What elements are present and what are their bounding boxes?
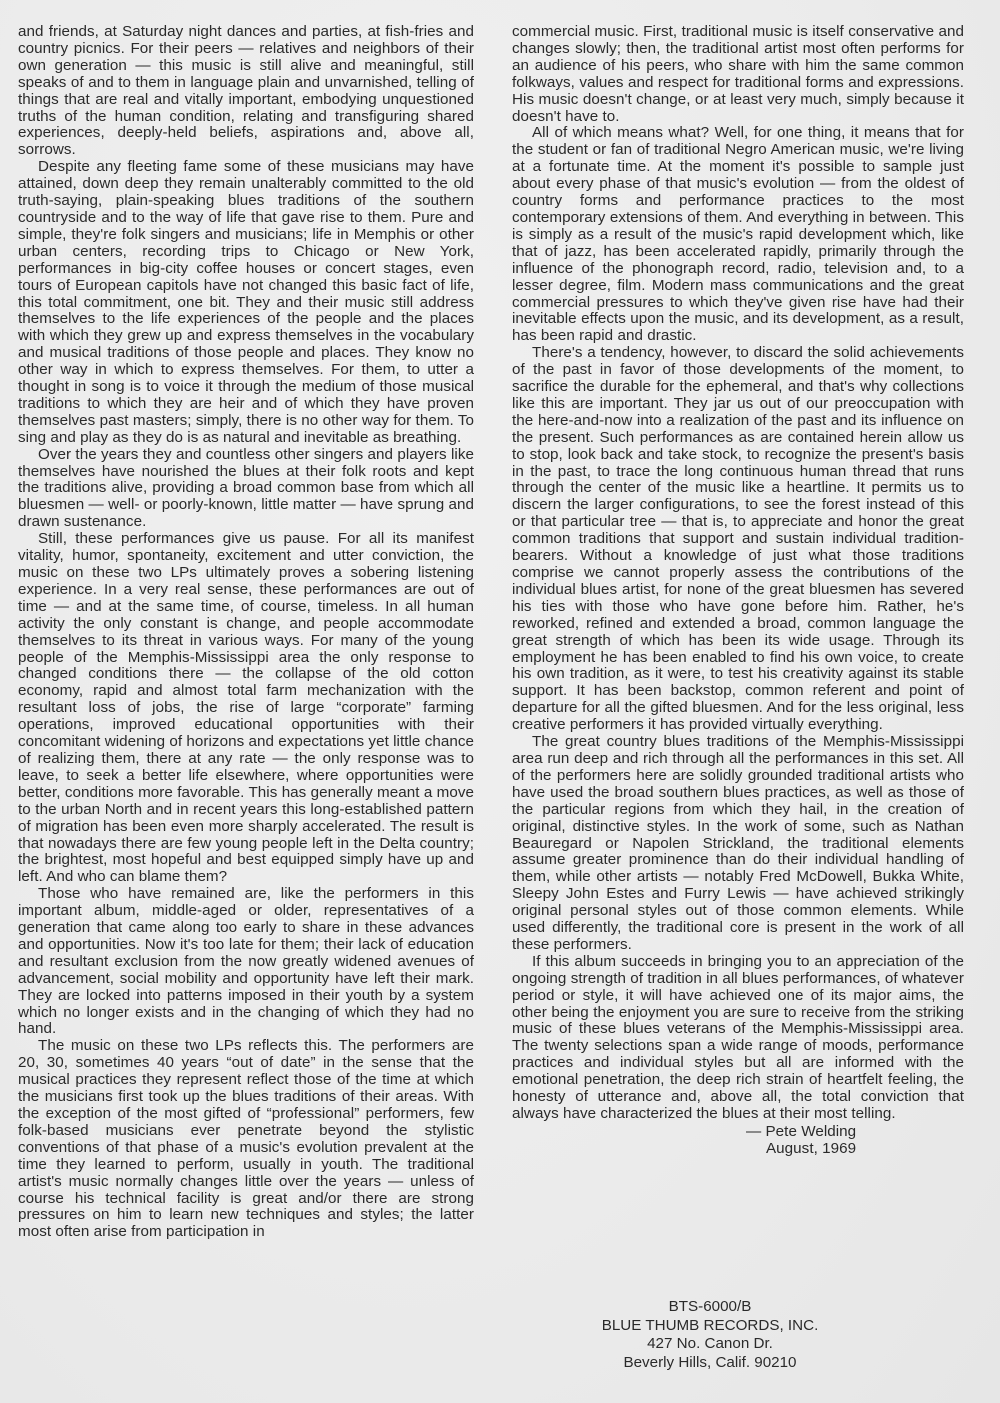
label-city: Beverly Hills, Calif. 90210 xyxy=(590,1354,830,1373)
catalog-number: BTS-6000/B xyxy=(590,1298,830,1317)
label-name: BLUE THUMB RECORDS, INC. xyxy=(590,1317,830,1336)
paragraph: There's a tendency, however, to discard … xyxy=(512,345,964,734)
paragraph: Despite any fleeting fame some of these … xyxy=(18,159,474,446)
liner-notes-page: and friends, at Saturday night dances an… xyxy=(0,0,1000,1403)
right-column: commercial music. First, traditional mus… xyxy=(512,24,964,1157)
paragraph: Over the years they and countless other … xyxy=(18,447,474,532)
paragraph: commercial music. First, traditional mus… xyxy=(512,24,964,125)
left-column: and friends, at Saturday night dances an… xyxy=(18,24,474,1241)
paragraph: Still, these performances give us pause.… xyxy=(18,531,474,886)
paragraph: and friends, at Saturday night dances an… xyxy=(18,24,474,159)
paragraph: The great country blues traditions of th… xyxy=(512,734,964,954)
signature-date: August, 1969 xyxy=(746,1140,964,1157)
paragraph: If this album succeeds in bringing you t… xyxy=(512,954,964,1123)
paragraph: The music on these two LPs reflects this… xyxy=(18,1038,474,1241)
label-street-address: 427 No. Canon Dr. xyxy=(590,1335,830,1354)
signature-block: — Pete Welding August, 1969 xyxy=(746,1123,964,1157)
paragraph: Those who have remained are, like the pe… xyxy=(18,886,474,1038)
paragraph: All of which means what? Well, for one t… xyxy=(512,125,964,345)
author-name: — Pete Welding xyxy=(746,1123,856,1140)
record-label-imprint: BTS-6000/B BLUE THUMB RECORDS, INC. 427 … xyxy=(590,1298,830,1372)
